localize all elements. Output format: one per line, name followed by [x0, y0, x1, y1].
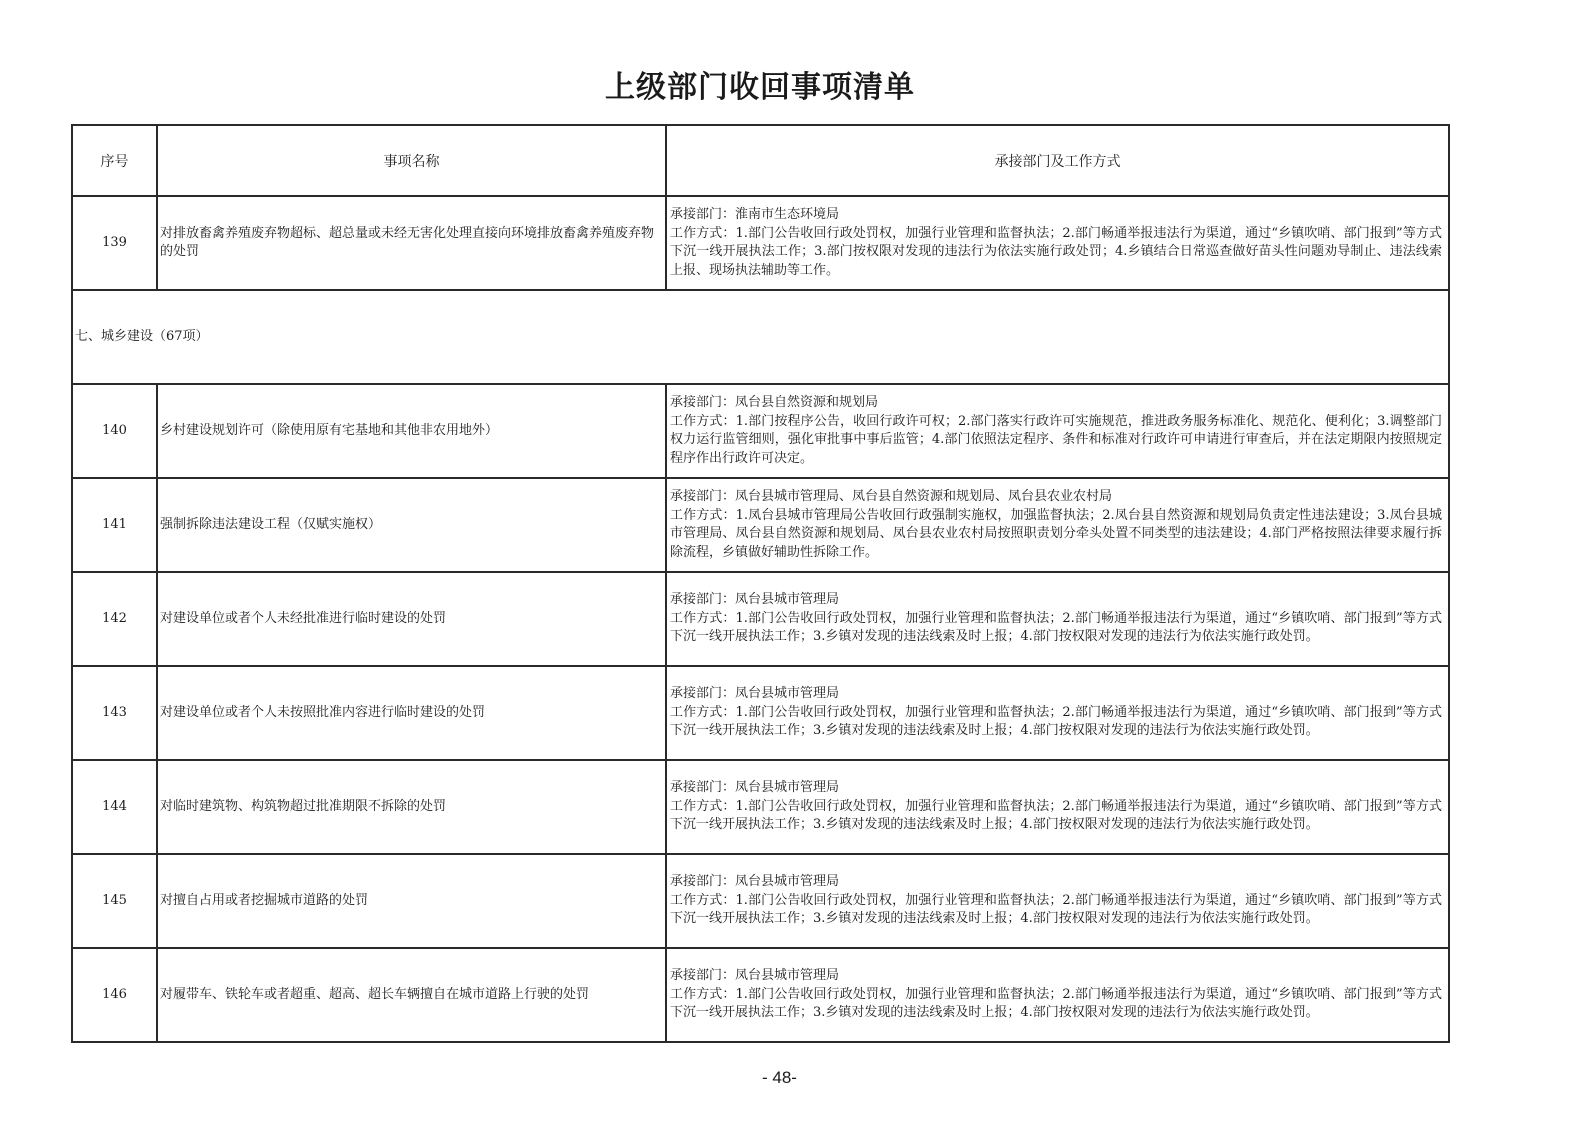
- row-seq: 143: [72, 666, 157, 760]
- row-dept-line: 承接部门：凤台县自然资源和规划局: [670, 394, 1442, 413]
- row-name: 对擅自占用或者挖掘城市道路的处罚: [157, 854, 666, 948]
- row-seq: 140: [72, 384, 157, 478]
- row-method: 工作方式：1.部门公告收回行政处罚权，加强行业管理和监督执法；2.部门畅通举报违…: [670, 798, 1442, 835]
- row-method: 工作方式：1.部门按程序公告，收回行政许可权；2.部门落实行政许可实施规范，推进…: [670, 413, 1442, 469]
- row-seq: 141: [72, 478, 157, 572]
- table-header-row: 序号 事项名称 承接部门及工作方式: [72, 125, 1449, 196]
- row-dept-line: 承接部门：凤台县城市管理局: [670, 591, 1442, 610]
- row-seq: 144: [72, 760, 157, 854]
- row-seq: 146: [72, 948, 157, 1042]
- row-name: 对临时建筑物、构筑物超过批准期限不拆除的处罚: [157, 760, 666, 854]
- document-title: 上级部门收回事项清单: [0, 62, 1520, 106]
- row-dept: 承接部门：凤台县自然资源和规划局 工作方式：1.部门按程序公告，收回行政许可权；…: [666, 384, 1449, 478]
- row-method: 工作方式：1.部门公告收回行政处罚权，加强行业管理和监督执法；2.部门畅通举报违…: [670, 892, 1442, 929]
- row-dept-line: 承接部门：淮南市生态环境局: [670, 206, 1442, 225]
- row-dept: 承接部门：凤台县城市管理局、凤台县自然资源和规划局、凤台县农业农村局 工作方式：…: [666, 478, 1449, 572]
- row-name: 强制拆除违法建设工程（仅赋实施权）: [157, 478, 666, 572]
- items-table: 序号 事项名称 承接部门及工作方式 139 对排放畜禽养殖废弃物超标、超总量或未…: [71, 124, 1450, 1043]
- table-row: 141 强制拆除违法建设工程（仅赋实施权） 承接部门：凤台县城市管理局、凤台县自…: [72, 478, 1449, 572]
- row-dept: 承接部门：凤台县城市管理局 工作方式：1.部门公告收回行政处罚权，加强行业管理和…: [666, 760, 1449, 854]
- section-row: 七、城乡建设（67项）: [72, 290, 1449, 384]
- row-name: 对建设单位或者个人未按照批准内容进行临时建设的处罚: [157, 666, 666, 760]
- header-dept: 承接部门及工作方式: [666, 125, 1449, 196]
- row-name: 对建设单位或者个人未经批准进行临时建设的处罚: [157, 572, 666, 666]
- table-row: 145 对擅自占用或者挖掘城市道路的处罚 承接部门：凤台县城市管理局 工作方式：…: [72, 854, 1449, 948]
- row-dept-line: 承接部门：凤台县城市管理局: [670, 779, 1442, 798]
- row-name: 对排放畜禽养殖废弃物超标、超总量或未经无害化处理直接向环境排放畜禽养殖废弃物的处…: [157, 196, 666, 290]
- table-row: 139 对排放畜禽养殖废弃物超标、超总量或未经无害化处理直接向环境排放畜禽养殖废…: [72, 196, 1449, 290]
- header-name: 事项名称: [157, 125, 666, 196]
- row-dept: 承接部门：淮南市生态环境局 工作方式：1.部门公告收回行政处罚权，加强行业管理和…: [666, 196, 1449, 290]
- row-dept: 承接部门：凤台县城市管理局 工作方式：1.部门公告收回行政处罚权，加强行业管理和…: [666, 666, 1449, 760]
- page-footer: - 48-: [0, 1068, 1587, 1088]
- row-name: 对履带车、铁轮车或者超重、超高、超长车辆擅自在城市道路上行驶的处罚: [157, 948, 666, 1042]
- row-dept: 承接部门：凤台县城市管理局 工作方式：1.部门公告收回行政处罚权，加强行业管理和…: [666, 948, 1449, 1042]
- table-row: 140 乡村建设规划许可（除使用原有宅基地和其他非农用地外） 承接部门：凤台县自…: [72, 384, 1449, 478]
- row-name: 乡村建设规划许可（除使用原有宅基地和其他非农用地外）: [157, 384, 666, 478]
- row-seq: 145: [72, 854, 157, 948]
- row-dept-line: 承接部门：凤台县城市管理局、凤台县自然资源和规划局、凤台县农业农村局: [670, 488, 1442, 507]
- row-method: 工作方式：1.部门公告收回行政处罚权，加强行业管理和监督执法；2.部门畅通举报违…: [670, 986, 1442, 1023]
- row-method: 工作方式：1.凤台县城市管理局公告收回行政强制实施权，加强监督执法；2.凤台县自…: [670, 507, 1442, 563]
- header-seq: 序号: [72, 125, 157, 196]
- row-dept: 承接部门：凤台县城市管理局 工作方式：1.部门公告收回行政处罚权，加强行业管理和…: [666, 572, 1449, 666]
- table-row: 143 对建设单位或者个人未按照批准内容进行临时建设的处罚 承接部门：凤台县城市…: [72, 666, 1449, 760]
- row-dept-line: 承接部门：凤台县城市管理局: [670, 685, 1442, 704]
- row-dept-line: 承接部门：凤台县城市管理局: [670, 873, 1442, 892]
- section-label: 七、城乡建设（67项）: [72, 290, 1449, 384]
- table-row: 144 对临时建筑物、构筑物超过批准期限不拆除的处罚 承接部门：凤台县城市管理局…: [72, 760, 1449, 854]
- page-number: - 48-: [762, 1068, 797, 1087]
- row-method: 工作方式：1.部门公告收回行政处罚权，加强行业管理和监督执法；2.部门畅通举报违…: [670, 610, 1442, 647]
- table-row: 142 对建设单位或者个人未经批准进行临时建设的处罚 承接部门：凤台县城市管理局…: [72, 572, 1449, 666]
- row-seq: 139: [72, 196, 157, 290]
- row-dept: 承接部门：凤台县城市管理局 工作方式：1.部门公告收回行政处罚权，加强行业管理和…: [666, 854, 1449, 948]
- row-dept-line: 承接部门：凤台县城市管理局: [670, 967, 1442, 986]
- row-method: 工作方式：1.部门公告收回行政处罚权，加强行业管理和监督执法；2.部门畅通举报违…: [670, 704, 1442, 741]
- table-row: 146 对履带车、铁轮车或者超重、超高、超长车辆擅自在城市道路上行驶的处罚 承接…: [72, 948, 1449, 1042]
- row-method: 工作方式：1.部门公告收回行政处罚权，加强行业管理和监督执法；2.部门畅通举报违…: [670, 225, 1442, 281]
- row-seq: 142: [72, 572, 157, 666]
